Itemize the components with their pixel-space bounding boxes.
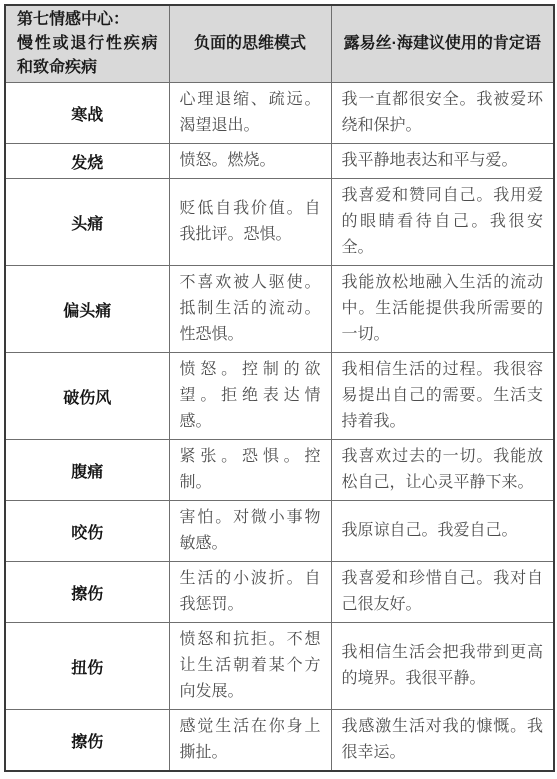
header-negative-thought-patterns: 负面的思维模式 [169,5,331,83]
pattern-cell: 心理退缩、疏远。渴望退出。 [169,83,331,144]
pattern-cell: 贬低自我价值。自我批评。恐惧。 [169,179,331,266]
header-emotional-center: 第七情感中心： 慢性或退行性疾病和致命疾病 [5,5,169,83]
affirmation-cell: 我相信生活的过程。我很容易提出自己的需要。生活支持着我。 [331,353,554,440]
document-page: 第七情感中心： 慢性或退行性疾病和致命疾病 负面的思维模式 露易丝·海建议使用的… [0,0,557,779]
condition-cell: 扭伤 [5,623,169,710]
affirmation-cell: 我喜欢过去的一切。我能放松自己，让心灵平静下来。 [331,440,554,501]
affirmation-cell: 我相信生活会把我带到更高的境界。我很平静。 [331,623,554,710]
pattern-cell: 愤怒。控制的欲望。拒绝表达情感。 [169,353,331,440]
table-body: 寒战心理退缩、疏远。渴望退出。我一直都很安全。我被爱环绕和保护。发烧愤怒。燃烧。… [5,83,554,772]
condition-cell: 擦伤 [5,710,169,772]
condition-cell: 寒战 [5,83,169,144]
pattern-cell: 愤怒。燃烧。 [169,144,331,179]
pattern-cell: 紧张。恐惧。控制。 [169,440,331,501]
header-suggested-affirmations: 露易丝·海建议使用的肯定语 [331,5,554,83]
affirmation-cell: 我原谅自己。我爱自己。 [331,501,554,562]
pattern-cell: 害怕。对微小事物敏感。 [169,501,331,562]
table-row: 发烧愤怒。燃烧。我平静地表达和平与爱。 [5,144,554,179]
pattern-cell: 感觉生活在你身上撕扯。 [169,710,331,772]
affirmation-cell: 我平静地表达和平与爱。 [331,144,554,179]
condition-cell: 偏头痛 [5,266,169,353]
table-row: 破伤风愤怒。控制的欲望。拒绝表达情感。我相信生活的过程。我很容易提出自己的需要。… [5,353,554,440]
pattern-cell: 不喜欢被人驱使。抵制生活的流动。性恐惧。 [169,266,331,353]
condition-cell: 头痛 [5,179,169,266]
condition-cell: 咬伤 [5,501,169,562]
table-row: 咬伤害怕。对微小事物敏感。我原谅自己。我爱自己。 [5,501,554,562]
table-row: 擦伤生活的小波折。自我惩罚。我喜爱和珍惜自己。我对自己很友好。 [5,562,554,623]
table-row: 擦伤感觉生活在你身上撕扯。我感激生活对我的慷慨。我很幸运。 [5,710,554,772]
condition-cell: 破伤风 [5,353,169,440]
affirmation-cell: 我能放松地融入生活的流动中。生活能提供我所需要的一切。 [331,266,554,353]
condition-cell: 腹痛 [5,440,169,501]
table-row: 寒战心理退缩、疏远。渴望退出。我一直都很安全。我被爱环绕和保护。 [5,83,554,144]
table-header: 第七情感中心： 慢性或退行性疾病和致命疾病 负面的思维模式 露易丝·海建议使用的… [5,5,554,83]
affirmations-table: 第七情感中心： 慢性或退行性疾病和致命疾病 负面的思维模式 露易丝·海建议使用的… [4,4,555,772]
header-row: 第七情感中心： 慢性或退行性疾病和致命疾病 负面的思维模式 露易丝·海建议使用的… [5,5,554,83]
pattern-cell: 生活的小波折。自我惩罚。 [169,562,331,623]
affirmation-cell: 我感激生活对我的慷慨。我很幸运。 [331,710,554,772]
condition-cell: 发烧 [5,144,169,179]
affirmation-cell: 我喜爱和赞同自己。我用爱的眼睛看待自己。我很安全。 [331,179,554,266]
table-row: 偏头痛不喜欢被人驱使。抵制生活的流动。性恐惧。我能放松地融入生活的流动中。生活能… [5,266,554,353]
table-row: 扭伤愤怒和抗拒。不想让生活朝着某个方向发展。我相信生活会把我带到更高的境界。我很… [5,623,554,710]
pattern-cell: 愤怒和抗拒。不想让生活朝着某个方向发展。 [169,623,331,710]
condition-cell: 擦伤 [5,562,169,623]
table-row: 头痛贬低自我价值。自我批评。恐惧。我喜爱和赞同自己。我用爱的眼睛看待自己。我很安… [5,179,554,266]
affirmation-cell: 我喜爱和珍惜自己。我对自己很友好。 [331,562,554,623]
affirmation-cell: 我一直都很安全。我被爱环绕和保护。 [331,83,554,144]
table-row: 腹痛紧张。恐惧。控制。我喜欢过去的一切。我能放松自己，让心灵平静下来。 [5,440,554,501]
